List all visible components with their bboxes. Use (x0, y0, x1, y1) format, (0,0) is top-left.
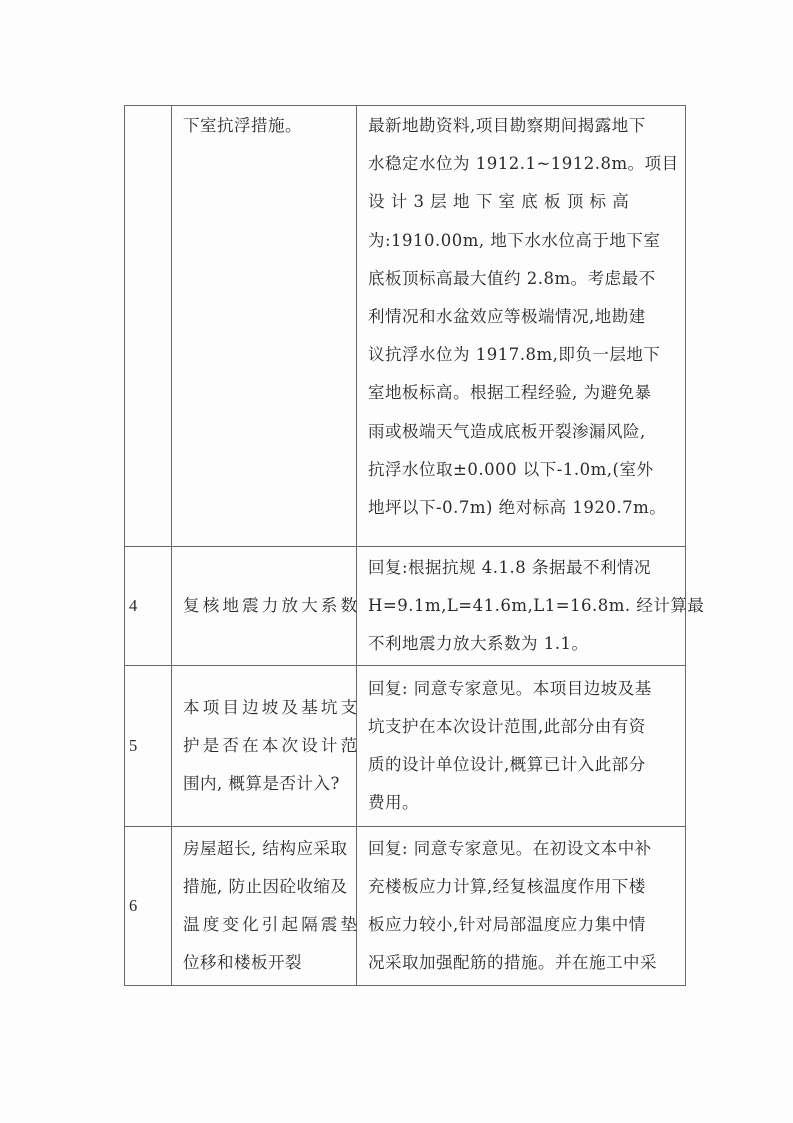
reply-line: 板应力较小,针对局部温度应力集中情 (368, 906, 679, 944)
issue-cell: 复核地震力放大系数 (172, 547, 357, 666)
reply-line: 费用。 (368, 784, 679, 822)
table-row: 下室抗浮措施。 最新地勘资料,项目勘察期间揭露地下 水稳定水位为 1912.1~… (125, 106, 686, 547)
issue-line: 温度变化引起隔震垫 (183, 906, 350, 944)
reply-line: 充楼板应力计算,经复核温度作用下楼 (368, 868, 679, 906)
row-number (125, 106, 172, 547)
reply-line: 质的设计单位设计,概算已计入此部分 (368, 746, 679, 784)
reply-cell: 回复: 同意专家意见。本项目边坡及基 坑支护在本次设计范围,此部分由有资 质的设… (357, 666, 686, 827)
reply-line: 雨或极端天气造成底板开裂渗漏风险, (368, 413, 679, 451)
table-row: 5 本项目边坡及基坑支 护是否在本次设计范 围内, 概算是否计入? 回复: 同意… (125, 666, 686, 827)
review-comments-table: 下室抗浮措施。 最新地勘资料,项目勘察期间揭露地下 水稳定水位为 1912.1~… (124, 105, 686, 986)
reply-line: 为:1910.00m, 地下水水位高于地下室 (368, 222, 679, 260)
issue-line: 围内, 概算是否计入? (183, 765, 350, 803)
reply-line: H=9.1m,L=41.6m,L1=16.8m. 经计算最 (368, 587, 679, 625)
reply-line: 地坪以下-0.7m) 绝对标高 1920.7m。 (368, 489, 679, 527)
table-row: 4 复核地震力放大系数 回复:根据抗规 4.1.8 条据最不利情况 H=9.1m… (125, 547, 686, 666)
issue-line: 下室抗浮措施。 (183, 107, 350, 145)
issue-line: 护是否在本次设计范 (183, 727, 350, 765)
reply-cell: 回复:根据抗规 4.1.8 条据最不利情况 H=9.1m,L=41.6m,L1=… (357, 547, 686, 666)
reply-line: 况采取加强配筋的措施。并在施工中采 (368, 944, 679, 982)
issue-cell: 下室抗浮措施。 (172, 106, 357, 547)
reply-line: 最新地勘资料,项目勘察期间揭露地下 (368, 107, 679, 145)
row-number: 6 (125, 827, 172, 986)
reply-line: 坑支护在本次设计范围,此部分由有资 (368, 708, 679, 746)
issue-line: 位移和楼板开裂 (183, 944, 350, 982)
issue-line: 措施, 防止因砼收缩及 (183, 868, 350, 906)
issue-line: 本项目边坡及基坑支 (183, 689, 350, 727)
reply-line: 利情况和水盆效应等极端情况,地勘建 (368, 298, 679, 336)
table-row: 6 房屋超长, 结构应采取 措施, 防止因砼收缩及 温度变化引起隔震垫 位移和楼… (125, 827, 686, 986)
issue-cell: 房屋超长, 结构应采取 措施, 防止因砼收缩及 温度变化引起隔震垫 位移和楼板开… (172, 827, 357, 986)
reply-line: 议抗浮水位为 1917.8m,即负一层地下 (368, 336, 679, 374)
row-number: 5 (125, 666, 172, 827)
reply-line: 室地板标高。根据工程经验, 为避免暴 (368, 374, 679, 412)
issue-line: 房屋超长, 结构应采取 (183, 830, 350, 868)
row-number: 4 (125, 547, 172, 666)
reply-line: 设 计 3 层 地 下 室 底 板 顶 标 高 (368, 183, 679, 221)
reply-line: 水稳定水位为 1912.1~1912.8m。项目 (368, 145, 679, 183)
reply-line: 回复: 同意专家意见。本项目边坡及基 (368, 670, 679, 708)
reply-line: 底板顶标高最大值约 2.8m。考虑最不 (368, 260, 679, 298)
reply-cell: 回复: 同意专家意见。在初设文本中补 充楼板应力计算,经复核温度作用下楼 板应力… (357, 827, 686, 986)
issue-cell: 本项目边坡及基坑支 护是否在本次设计范 围内, 概算是否计入? (172, 666, 357, 827)
reply-line: 不利地震力放大系数为 1.1。 (368, 625, 679, 663)
reply-line: 回复: 同意专家意见。在初设文本中补 (368, 830, 679, 868)
document-page: 下室抗浮措施。 最新地勘资料,项目勘察期间揭露地下 水稳定水位为 1912.1~… (0, 0, 793, 1123)
issue-line: 复核地震力放大系数 (183, 587, 350, 625)
reply-cell: 最新地勘资料,项目勘察期间揭露地下 水稳定水位为 1912.1~1912.8m。… (357, 106, 686, 547)
reply-line: 抗浮水位取±0.000 以下-1.0m,(室外 (368, 451, 679, 489)
reply-line: 回复:根据抗规 4.1.8 条据最不利情况 (368, 549, 679, 587)
